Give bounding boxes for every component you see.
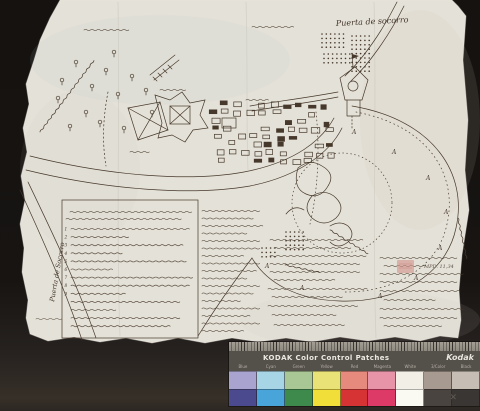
kodak-patch <box>452 371 480 389</box>
kodak-patch <box>396 389 424 407</box>
svg-text:A: A <box>425 175 431 182</box>
kodak-color-bar: KODAK Color Control Patches Kodak BlueCy… <box>229 342 480 406</box>
svg-text:6: 6 <box>65 267 68 272</box>
archive-stamp <box>397 260 414 273</box>
scan-background: 123456789 AAAAAAAAA Puerta de socorro Pu… <box>0 0 480 411</box>
kodak-patch-label: White <box>396 364 424 371</box>
kodak-patch-labels: BlueCyanGreenYellowRedMagentaWhite3/Colo… <box>229 364 480 371</box>
kodak-patch-label: Red <box>341 364 369 371</box>
kodak-patch: ✕ <box>452 389 480 407</box>
svg-text:A: A <box>437 245 443 252</box>
svg-text:A: A <box>443 209 449 216</box>
kodak-ruler <box>229 342 480 351</box>
kodak-patch <box>424 389 452 407</box>
svg-text:5: 5 <box>65 259 68 264</box>
svg-text:1: 1 <box>65 227 68 232</box>
kodak-patch-label: Magenta <box>368 364 396 371</box>
kodak-patch <box>285 389 313 407</box>
svg-text:A: A <box>377 293 383 300</box>
kodak-patch <box>341 371 369 389</box>
svg-text:7: 7 <box>65 275 68 280</box>
kodak-patch <box>368 389 396 407</box>
svg-text:A: A <box>413 275 419 282</box>
svg-text:2: 2 <box>64 235 68 240</box>
kodak-patch <box>257 389 285 407</box>
kodak-patch <box>396 371 424 389</box>
kodak-patch-label: Cyan <box>257 364 285 371</box>
kodak-patch-label: Green <box>285 364 313 371</box>
svg-text:A: A <box>351 129 357 136</box>
kodak-brand-logo: Kodak <box>446 353 474 362</box>
kodak-patch <box>368 371 396 389</box>
kodak-patch-label: 3/Color <box>424 364 452 371</box>
kodak-patch <box>313 389 341 407</box>
svg-text:A: A <box>391 149 397 156</box>
svg-text:A: A <box>299 285 305 292</box>
svg-text:9: 9 <box>65 291 68 296</box>
archive-annotation: MPD. 11,34 <box>423 264 454 270</box>
kodak-title-strip: KODAK Color Control Patches Kodak <box>229 351 480 364</box>
kodak-patch-label: Yellow <box>313 364 341 371</box>
kodak-patches-bold-row: ✕ <box>229 389 480 407</box>
kodak-patch-label: Black <box>452 364 480 371</box>
kodak-x-mark: ✕ <box>449 393 457 403</box>
svg-text:8: 8 <box>65 283 68 288</box>
kodak-patch <box>257 371 285 389</box>
kodak-patch <box>229 389 257 407</box>
kodak-patch-label: Blue <box>229 364 257 371</box>
kodak-patch <box>285 371 313 389</box>
kodak-patch <box>424 371 452 389</box>
kodak-title: KODAK Color Control Patches <box>263 354 389 362</box>
kodak-patch <box>229 371 257 389</box>
svg-text:A: A <box>264 263 270 270</box>
kodak-patch <box>313 371 341 389</box>
kodak-patch <box>341 389 369 407</box>
kodak-patches-light-row <box>229 371 480 389</box>
